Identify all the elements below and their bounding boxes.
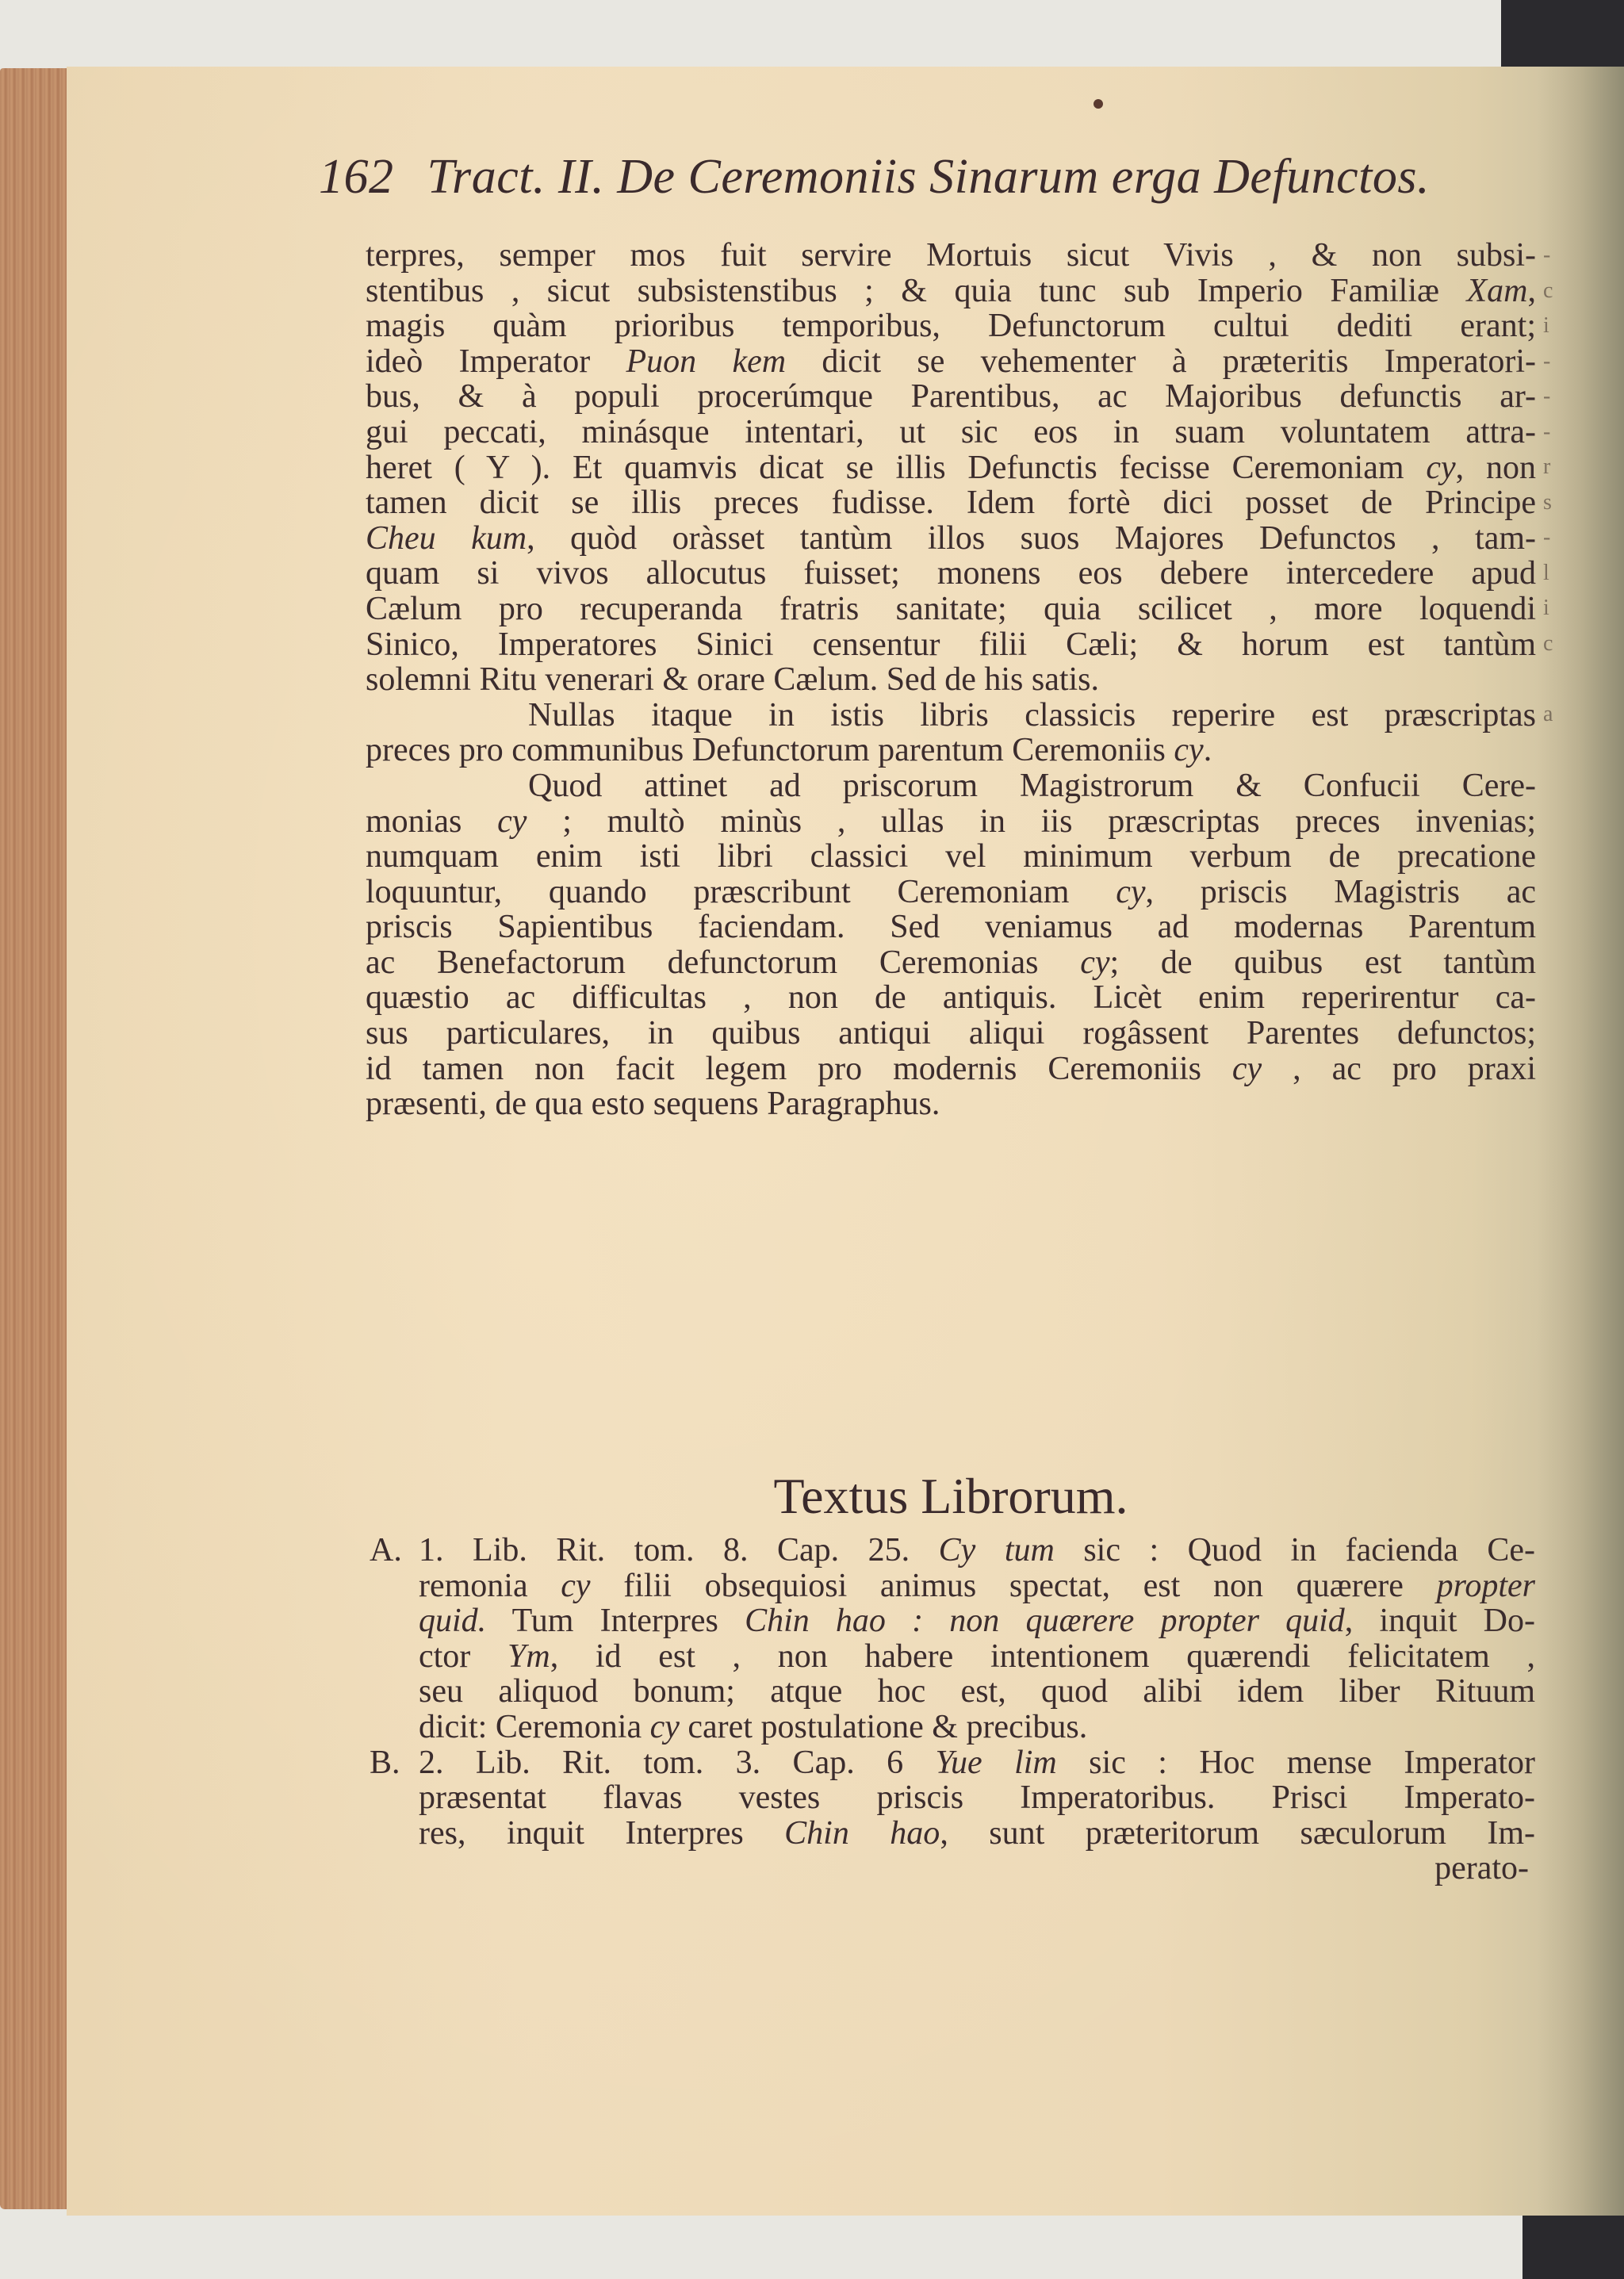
line-text: seu aliquod bonum; atque hoc est, quod a… <box>419 1673 1535 1710</box>
line-text: stentibus , sicut subsistenstibus ; & qu… <box>366 273 1467 309</box>
entry-line: 2. Lib. Rit. tom. 3. Cap. 6 Yue lim sic … <box>419 1745 1535 1781</box>
line-text: terpres, semper mos fuit servire Mortuis… <box>366 237 1536 274</box>
line-text: , id est , non habere intentionem quæren… <box>550 1638 1535 1675</box>
italic-term: cy <box>1174 732 1203 768</box>
line-text: quam si vivos allocutus fuisset; monens … <box>366 555 1536 592</box>
text-line: Quod attinet ad priscorum Magistrorum & … <box>366 768 1536 804</box>
entry-line: præsentat flavas vestes priscis Imperato… <box>370 1780 1535 1816</box>
text-line: solemni Ritu venerari & orare Cælum. Sed… <box>366 662 1536 698</box>
line-text: , non <box>1456 450 1536 486</box>
text-line: quæstio ac difficultas , non de antiquis… <box>366 980 1536 1016</box>
line-text: Cælum pro recuperanda fratris sanitate; … <box>366 591 1536 627</box>
bleed-char: i <box>1543 591 1557 626</box>
bleed-char: s <box>1543 485 1557 521</box>
text-line: terpres, semper mos fuit servire Mortuis… <box>366 238 1536 274</box>
line-text: ; multò minùs , ullas in iis præscriptas… <box>527 803 1536 840</box>
bleed-char: - <box>1543 415 1557 450</box>
page-number: 162 <box>319 150 394 204</box>
line-text: id tamen non facit legem pro modernis Ce… <box>366 1051 1232 1087</box>
body-text: terpres, semper mos fuit servire Mortuis… <box>366 238 1536 1122</box>
line-text: Quod attinet ad priscorum Magistrorum & … <box>528 768 1536 804</box>
entry-line: ctor Ym, id est , non habere intentionem… <box>370 1639 1535 1675</box>
line-text: caret postulatione & precibus. <box>680 1709 1087 1745</box>
line-text: loquuntur, quando præscribunt Ceremoniam <box>366 874 1116 910</box>
line-text: ideò Imperator <box>366 343 626 380</box>
line-text: filii obsequiosi animus spectat, est non… <box>591 1568 1437 1604</box>
italic-term: cy <box>1080 944 1109 981</box>
italic-term: Xam <box>1467 273 1528 309</box>
line-text: præsentat flavas vestes priscis Imperato… <box>419 1779 1535 1816</box>
line-text: . <box>1204 732 1212 768</box>
line-text: numquam enim isti libri classici vel min… <box>366 838 1536 875</box>
entry-line: quid. Tum Interpres Chin hao : non quære… <box>370 1603 1535 1639</box>
bleed-char <box>1543 661 1557 697</box>
line-text: , priscis Magistris ac <box>1146 874 1537 910</box>
text-line: id tamen non facit legem pro modernis Ce… <box>366 1051 1536 1087</box>
italic-term: Cy tum <box>939 1532 1055 1568</box>
entry-line: remonia cy filii obsequiosi animus spect… <box>370 1568 1535 1604</box>
catchword: perato- <box>370 1851 1535 1886</box>
facing-page-bleed: -ci---rs-lic a <box>1543 238 1557 732</box>
text-line: gui peccati, minásque intentari, ut sic … <box>366 415 1536 450</box>
entry-line: dicit: Ceremonia cy caret postulatione &… <box>370 1710 1535 1745</box>
text-line: Cælum pro recuperanda fratris sanitate; … <box>366 592 1536 627</box>
citation-entry: A.1. Lib. Rit. tom. 8. Cap. 25. Cy tum s… <box>370 1533 1535 1568</box>
text-line: sus particulares, in quibus antiqui aliq… <box>366 1016 1536 1051</box>
line-text: Sinico, Imperatores Sinici censentur fil… <box>366 626 1536 663</box>
entry-line: seu aliquod bonum; atque hoc est, quod a… <box>370 1674 1535 1710</box>
line-text: Nullas itaque in istis libris classicis … <box>528 697 1536 733</box>
line-text: sic : Hoc mense Imperator <box>1057 1745 1535 1781</box>
line-text: solemni Ritu venerari & orare Cælum. Sed… <box>366 661 1099 698</box>
entry-line: 1. Lib. Rit. tom. 8. Cap. 25. Cy tum sic… <box>419 1533 1535 1568</box>
citation-entry: B.2. Lib. Rit. tom. 3. Cap. 6 Yue lim si… <box>370 1745 1535 1781</box>
text-line: preces pro communibus Defunctorum parent… <box>366 733 1536 768</box>
italic-term: propter <box>1437 1568 1535 1604</box>
bleed-char: r <box>1543 450 1557 485</box>
line-text: , sunt præteritorum sæculorum Im- <box>940 1815 1535 1852</box>
text-line: ac Benefactorum defunctorum Ceremonias c… <box>366 945 1536 981</box>
italic-term: Ym <box>507 1638 550 1675</box>
italic-term: Cheu kum <box>366 520 527 557</box>
text-line: numquam enim isti libri classici vel min… <box>366 839 1536 875</box>
italic-term: Puon kem <box>626 343 787 380</box>
line-text: monias <box>366 803 497 840</box>
line-text: magis quàm prioribus temporibus, Defunct… <box>366 308 1536 344</box>
ink-spot <box>1094 99 1103 109</box>
line-text: Tum Interpres <box>486 1603 745 1639</box>
bleed-char: a <box>1543 697 1557 733</box>
line-text: bus, & à populi procerúmque Parentibus, … <box>366 378 1536 415</box>
scanner-edge-top <box>1501 0 1624 67</box>
section-title: Textus Librorum. <box>366 1467 1536 1526</box>
text-line: heret ( Y ). Et quamvis dicat se illis D… <box>366 450 1536 486</box>
text-line: priscis Sapientibus faciendam. Sed venia… <box>366 910 1536 945</box>
italic-term: cy <box>497 803 527 840</box>
bleed-char: l <box>1543 556 1557 592</box>
line-text: 2. Lib. Rit. tom. 3. Cap. 6 <box>419 1745 936 1781</box>
text-line: præsenti, de qua esto sequens Paragraphu… <box>366 1086 1536 1122</box>
running-head: 162Tract. II. De Ceremoniis Sinarum erga… <box>319 149 1540 205</box>
entry-label: B. <box>370 1745 419 1781</box>
line-text: dicit se vehementer à præteritis Imperat… <box>786 343 1536 380</box>
text-line: Nullas itaque in istis libris classicis … <box>366 698 1536 733</box>
bleed-char: - <box>1543 379 1557 415</box>
line-text: ; de quibus est tantùm <box>1110 944 1536 981</box>
line-text: dicit: Ceremonia <box>419 1709 650 1745</box>
text-line: magis quàm prioribus temporibus, Defunct… <box>366 308 1536 344</box>
italic-term: cy <box>1426 450 1455 486</box>
entry-line: res, inquit Interpres Chin hao, sunt præ… <box>370 1816 1535 1852</box>
line-text: , ac pro praxi <box>1262 1051 1536 1087</box>
line-text: præsenti, de qua esto sequens Paragraphu… <box>366 1086 940 1122</box>
line-text: sus particulares, in quibus antiqui aliq… <box>366 1015 1536 1051</box>
line-text: ac Benefactorum defunctorum Ceremonias <box>366 944 1080 981</box>
text-line: monias cy ; multò minùs , ullas in iis p… <box>366 804 1536 840</box>
book-fore-edge <box>0 68 68 2209</box>
italic-term: Yue lim <box>936 1745 1057 1781</box>
italic-term: cy <box>650 1709 680 1745</box>
line-text: , inquit Do- <box>1345 1603 1535 1639</box>
text-line: ideò Imperator Puon kem dicit se vehemen… <box>366 344 1536 380</box>
text-line: tamen dicit se illis preces fudisse. Ide… <box>366 485 1536 521</box>
line-text: preces pro communibus Defunctorum parent… <box>366 732 1174 768</box>
citation-entries: A.1. Lib. Rit. tom. 8. Cap. 25. Cy tum s… <box>370 1533 1535 1886</box>
italic-term: quid. <box>419 1603 486 1639</box>
line-text: 1. Lib. Rit. tom. 8. Cap. 25. <box>419 1532 939 1568</box>
italic-term: cy <box>561 1568 590 1604</box>
line-text: sic : Quod in facienda Ce- <box>1055 1532 1535 1568</box>
line-text: res, inquit Interpres <box>419 1815 784 1852</box>
bleed-char: - <box>1543 238 1557 274</box>
bleed-char: - <box>1543 520 1557 556</box>
bleed-char: i <box>1543 308 1557 344</box>
line-text: , <box>1528 273 1537 309</box>
text-line: Cheu kum, quòd oràsset tantùm illos suos… <box>366 521 1536 557</box>
line-text: tamen dicit se illis preces fudisse. Ide… <box>366 485 1536 521</box>
entry-label: A. <box>370 1533 419 1568</box>
line-text: remonia <box>419 1568 561 1604</box>
text-line: stentibus , sicut subsistenstibus ; & qu… <box>366 274 1536 309</box>
line-text: quæstio ac difficultas , non de antiquis… <box>366 979 1536 1016</box>
text-line: quam si vivos allocutus fuisset; monens … <box>366 556 1536 592</box>
running-head-title: Tract. II. De Ceremoniis Sinarum erga De… <box>427 150 1430 204</box>
text-line: Sinico, Imperatores Sinici censentur fil… <box>366 627 1536 663</box>
line-text: heret ( Y ). Et quamvis dicat se illis D… <box>366 450 1426 486</box>
line-text: ctor <box>419 1638 507 1675</box>
italic-term: Chin hao : non quærere propter quid <box>745 1603 1345 1639</box>
bleed-char: c <box>1543 274 1557 309</box>
line-text: , quòd oràsset tantùm illos suos Majores… <box>527 520 1536 557</box>
line-text: priscis Sapientibus faciendam. Sed venia… <box>366 909 1536 945</box>
line-text: gui peccati, minásque intentari, ut sic … <box>366 414 1536 450</box>
italic-term: Chin hao <box>784 1815 940 1852</box>
bleed-char: - <box>1543 344 1557 380</box>
italic-term: cy <box>1116 874 1145 910</box>
text-line: loquuntur, quando præscribunt Ceremoniam… <box>366 875 1536 910</box>
text-line: bus, & à populi procerúmque Parentibus, … <box>366 379 1536 415</box>
italic-term: cy <box>1232 1051 1262 1087</box>
bleed-char: c <box>1543 626 1557 662</box>
